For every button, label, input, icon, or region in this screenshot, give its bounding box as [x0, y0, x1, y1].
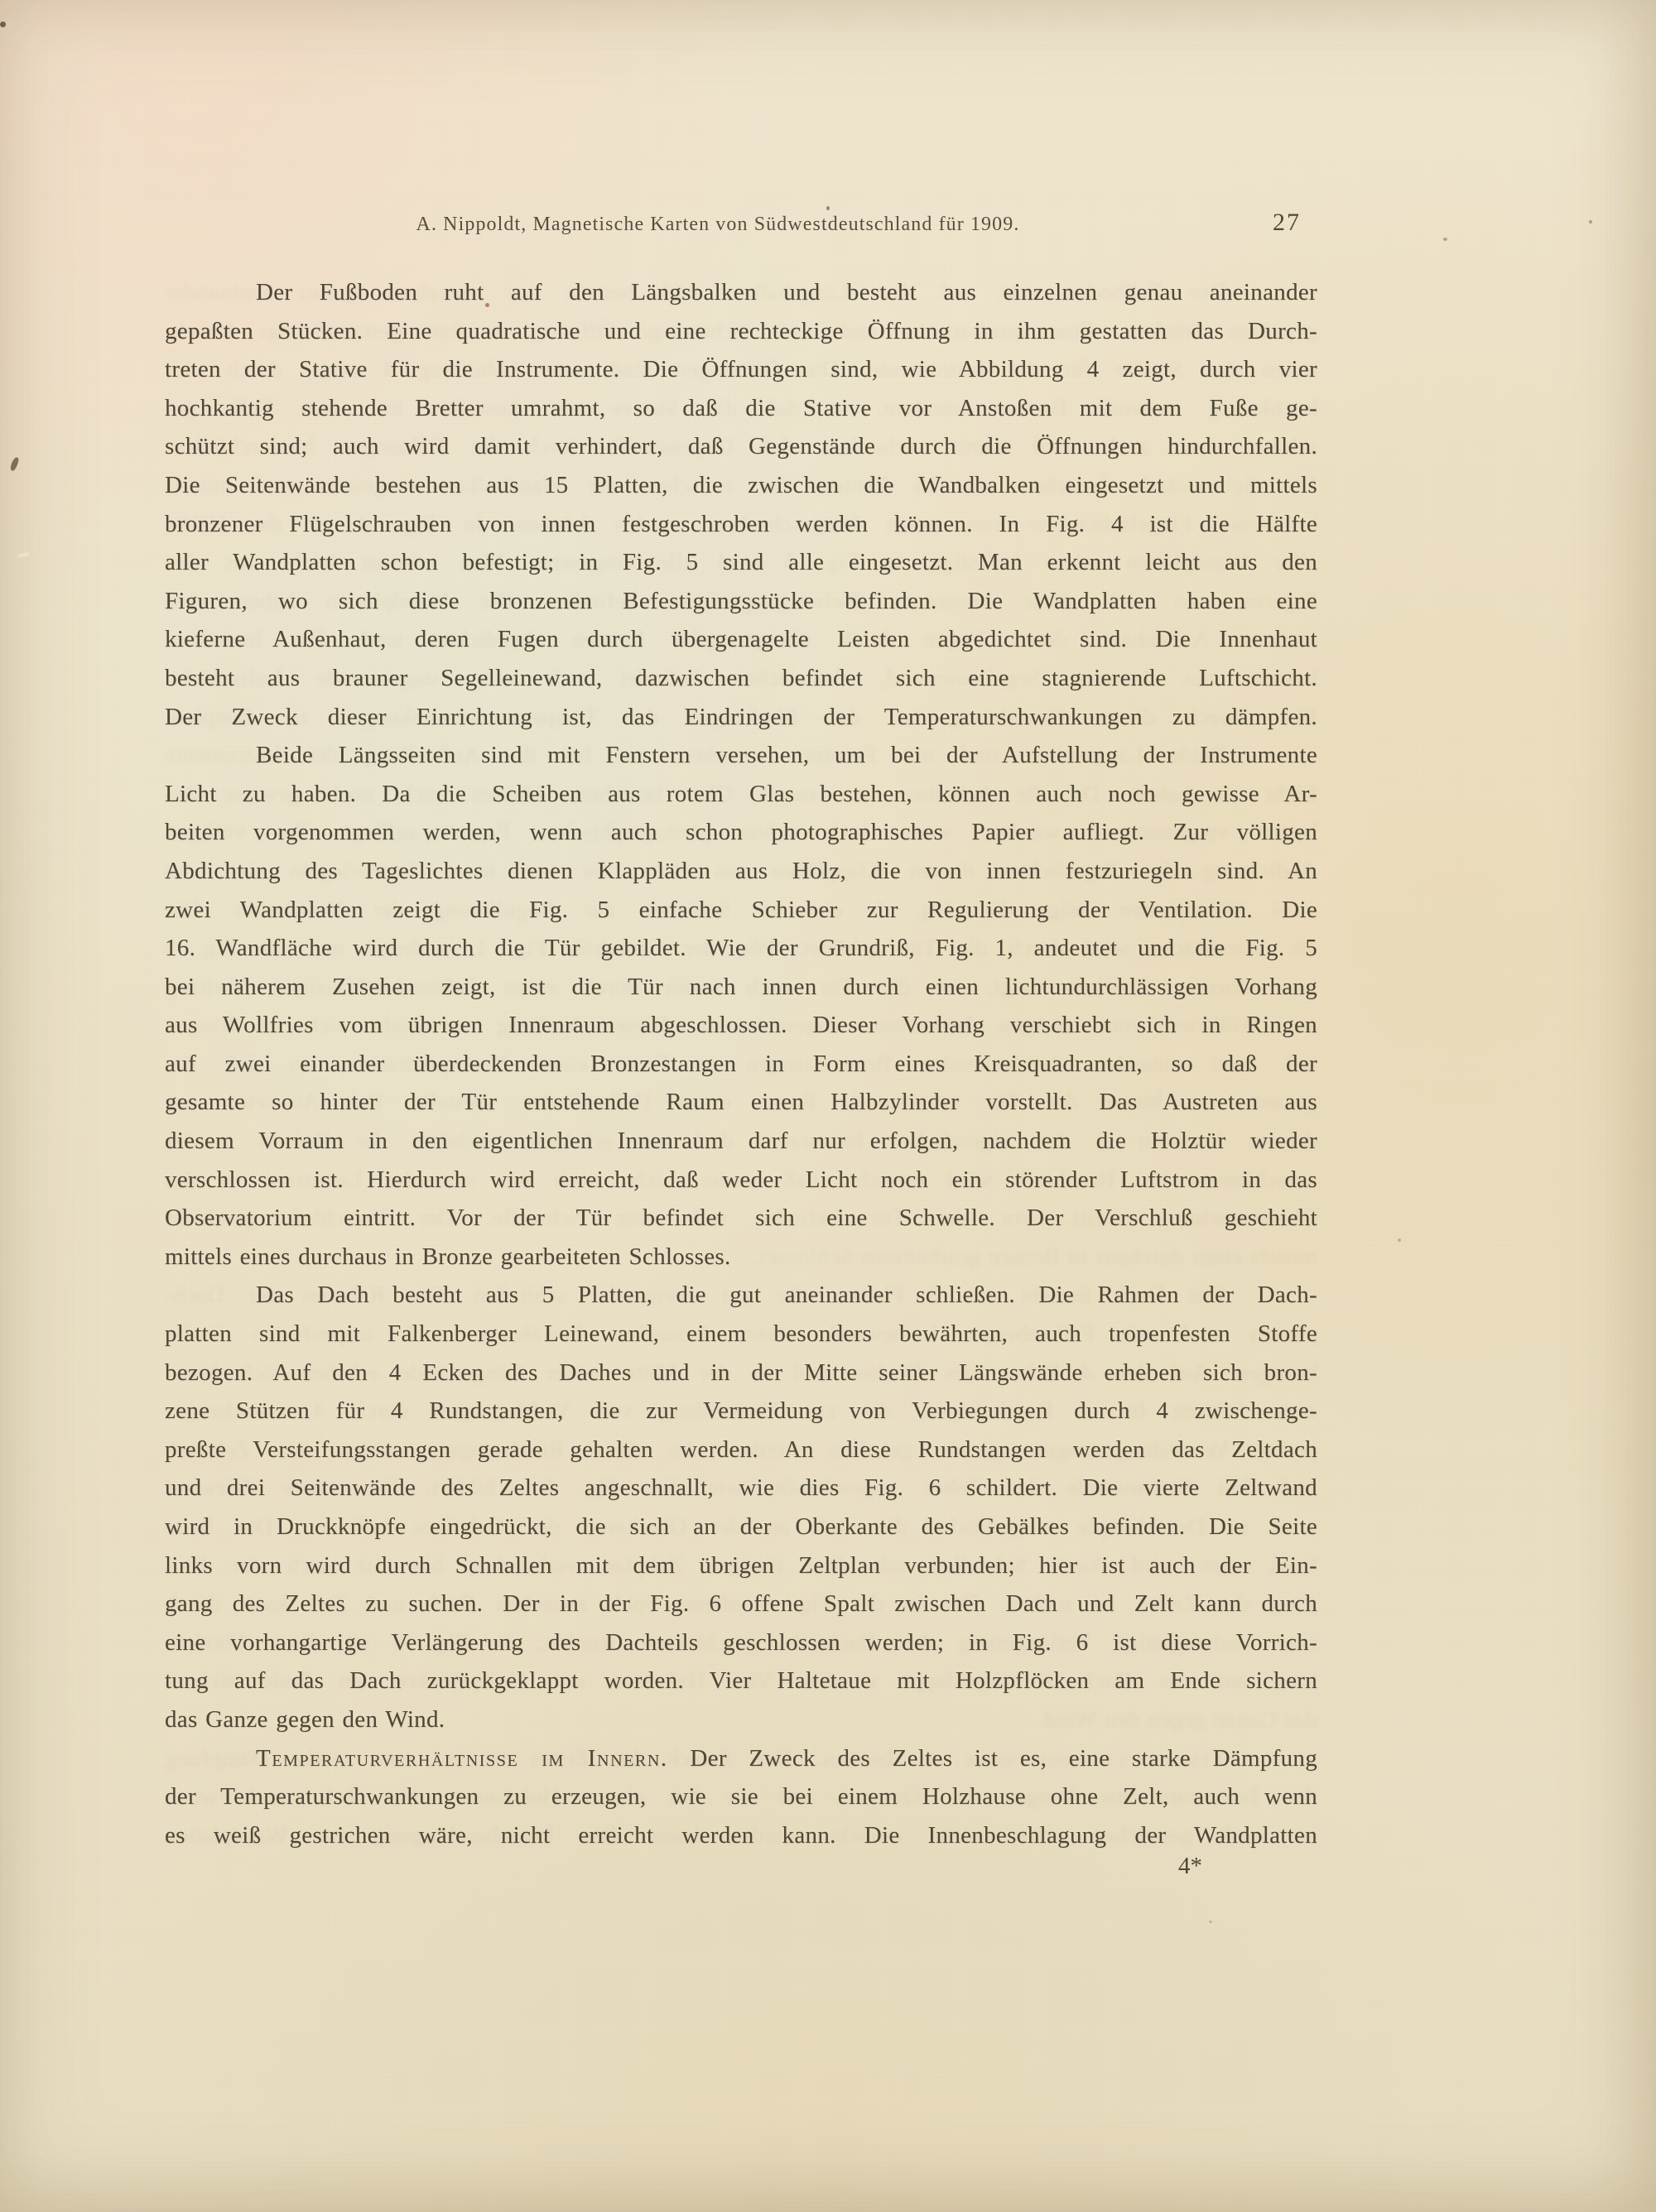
paper-speck [1398, 1238, 1401, 1242]
text-line: hochkantig stehende Bretter umrahmt, so … [165, 389, 1317, 428]
text-line: platten sind mit Falkenberger Leinewand,… [165, 1315, 1317, 1354]
text-line: Die Seitenwände bestehen aus 15 Platten,… [165, 466, 1317, 505]
text-line: treten der Stative für die Instrumente. … [165, 350, 1317, 389]
text-line: eine vorhangartige Verlängerung des Dach… [165, 1623, 1317, 1662]
text-line: preßte Versteifungsstangen gerade gehalt… [165, 1431, 1317, 1469]
text-line: es weiß gestrichen wäre, nicht erreicht … [165, 1816, 1317, 1855]
text-line: verschlossen ist. Hierdurch wird erreich… [165, 1161, 1317, 1200]
text-line: besteht aus brauner Segelleinewand, dazw… [165, 659, 1317, 698]
text-line: gesamte so hinter der Tür entstehende Ra… [165, 1083, 1317, 1122]
text-line: Figuren, wo sich diese bronzenen Befesti… [165, 582, 1317, 621]
body-text-block: Der Fußboden ruht auf den Längsbalken un… [165, 273, 1317, 1854]
paper-speck [1443, 238, 1447, 241]
text-line: kieferne Außenhaut, deren Fugen durch üb… [165, 620, 1317, 659]
text-line: schützt sind; auch wird damit verhindert… [165, 427, 1317, 466]
paper-speck [17, 551, 31, 559]
paper-speck [1209, 1921, 1212, 1923]
text-line: und drei Seitenwände des Zeltes angeschn… [165, 1469, 1317, 1508]
text-line: wird in Druckknöpfe eingedrückt, die sic… [165, 1508, 1317, 1546]
scanned-page: A. Nippoldt, Magnetische Karten von Südw… [0, 0, 1656, 2212]
text-line: aller Wandplatten schon befestigt; in Fi… [165, 543, 1317, 582]
text-line: Abdichtung des Tageslichtes dienen Klapp… [165, 852, 1317, 891]
paper-speck [826, 206, 830, 210]
text-line: zwei Wandplatten zeigt die Fig. 5 einfac… [165, 891, 1317, 930]
text-line: auf zwei einander überdeckenden Bronzest… [165, 1045, 1317, 1084]
text-line: 16. Wandfläche wird durch die Tür gebild… [165, 929, 1317, 968]
section-heading-smallcaps: Temperaturverhältnisse im Innern. [256, 1745, 668, 1772]
text-line: Temperaturverhältnisse im Innern. Der Zw… [165, 1739, 1317, 1778]
page-number: 27 [1273, 209, 1301, 237]
paper-speck [0, 22, 6, 27]
text-line: Observatorium eintritt. Vor der Tür befi… [165, 1199, 1317, 1238]
text-line: Der Fußboden ruht auf den Längsbalken un… [165, 273, 1317, 312]
text-line: Beide Längsseiten sind mit Fenstern vers… [165, 736, 1317, 775]
text-line: Licht zu haben. Da die Scheiben aus rote… [165, 775, 1317, 814]
text-line: gang des Zeltes zu suchen. Der in der Fi… [165, 1584, 1317, 1623]
text-line: der Temperaturschwankungen zu erzeugen, … [165, 1777, 1317, 1816]
text-line: zene Stützen für 4 Rundstangen, die zur … [165, 1392, 1317, 1431]
text-line: bezogen. Auf den 4 Ecken des Daches und … [165, 1354, 1317, 1392]
text-line: diesem Vorraum in den eigentlichen Innen… [165, 1122, 1317, 1161]
signature-mark: 4* [1178, 1853, 1202, 1880]
text-line: mittels eines durchaus in Bronze gearbei… [165, 1238, 1317, 1277]
text-line: das Ganze gegen den Wind. [165, 1700, 1317, 1739]
running-header-title: A. Nippoldt, Magnetische Karten von Südw… [166, 214, 1270, 236]
text-line: beiten vorgenommen werden, wenn auch sch… [165, 813, 1317, 852]
text-line: bei näherem Zusehen zeigt, ist die Tür n… [165, 968, 1317, 1007]
paper-speck [9, 456, 19, 471]
paper-speck [1589, 220, 1592, 224]
text-line: gepaßten Stücken. Eine quadratische und … [165, 312, 1317, 351]
text-line: links vorn wird durch Schnallen mit dem … [165, 1546, 1317, 1585]
text-line: Der Zweck dieser Einrichtung ist, das Ei… [165, 698, 1317, 737]
text-line: bronzener Flügelschrauben von innen fest… [165, 505, 1317, 544]
text-line: tung auf das Dach zurückgeklappt worden.… [165, 1661, 1317, 1700]
text-line: aus Wollfries vom übrigen Innenraum abge… [165, 1006, 1317, 1045]
text-line: Das Dach besteht aus 5 Platten, die gut … [165, 1276, 1317, 1315]
